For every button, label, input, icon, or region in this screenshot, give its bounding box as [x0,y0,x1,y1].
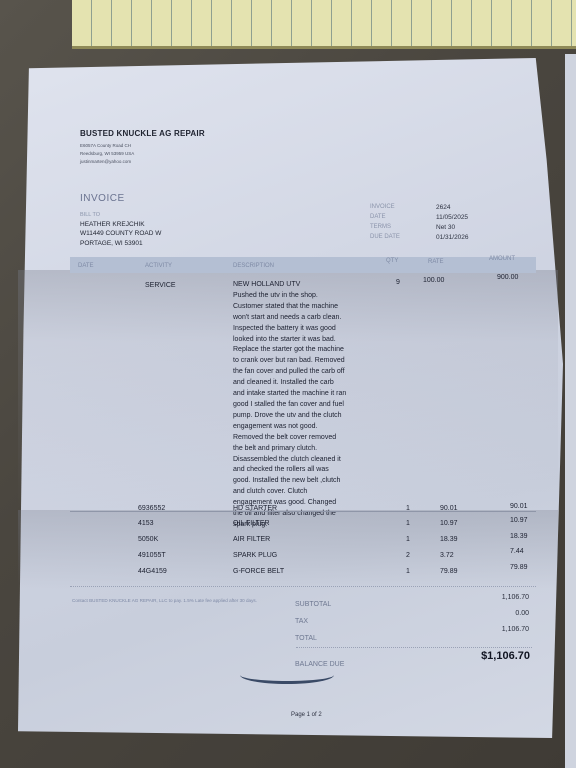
column-header-activity: ACTIVITY [145,263,172,269]
payment-note: Contact BUSTED KNUCKLE AG REPAIR, LLC to… [72,598,272,605]
part-amount: 18.39 [510,533,528,540]
invoice-number-label: INVOICE [370,204,395,210]
column-header-amount: AMOUNT [489,256,515,262]
column-header-description: DESCRIPTION [233,263,274,269]
part-qty: 2 [406,552,410,559]
company-address-line2: Reedsburg, WI 53959 USA [80,151,134,156]
part-rate: 3.72 [440,552,454,559]
part-number: 4153 [138,520,154,527]
tax-value: 0.00 [449,610,529,617]
part-description: G-FORCE BELT [233,568,284,575]
terms-label: TERMS [370,224,391,230]
part-amount: 10.97 [510,517,528,524]
company-address-line1: E6057A County Road CH [80,143,131,148]
part-qty: 1 [406,568,410,575]
table-header-band [70,257,536,273]
invoice-number: 2624 [436,204,450,211]
part-qty: 1 [406,520,410,527]
part-rate: 79.89 [440,568,458,575]
column-header-date: DATE [78,263,94,269]
total-label: TOTAL [295,635,317,642]
column-header-rate: RATE [428,259,444,265]
bill-to-name: HEATHER KREJCHIK [80,221,145,228]
column-header-qty: QTY [386,258,398,264]
part-number: 5050K [138,536,158,543]
tax-label: TAX [295,618,308,625]
balance-divider [296,647,532,648]
service-rate: 100.00 [423,277,444,284]
bill-to-label: BILL TO [80,212,100,218]
part-rate: 18.39 [440,536,458,543]
part-number: 44G4159 [138,568,167,575]
part-number: 491055T [138,552,166,559]
part-rate: 10.97 [440,520,458,527]
part-description: OIL FILTER [233,520,270,527]
totals-divider [70,586,536,587]
total-value: 1,106.70 [449,626,529,633]
part-amount: 7.44 [510,548,524,555]
due-date-label: DUE DATE [370,234,400,240]
page-number: Page 1 of 2 [291,712,322,718]
part-description: SPARK PLUG [233,552,277,559]
bill-to-address-line1: W11449 COUNTY ROAD W [80,230,161,237]
service-description: NEW HOLLAND UTV Pushed the utv in the sh… [233,280,383,531]
terms-value: Net 30 [436,224,455,231]
part-amount: 90.01 [510,503,528,510]
bill-to-address-line2: PORTAGE, WI 53901 [80,240,143,247]
subtotal-label: SUBTOTAL [295,601,331,608]
invoice-date: 11/05/2025 [436,214,468,221]
due-date: 01/31/2026 [436,234,469,241]
background-paper-edge [565,54,576,768]
invoice-date-label: DATE [370,214,386,220]
service-activity: SERVICE [145,282,176,289]
document-title: INVOICE [80,193,125,204]
part-amount: 79.89 [510,564,528,571]
company-name: BUSTED KNUCKLE AG REPAIR [80,129,205,138]
part-qty: 1 [406,536,410,543]
company-email: justinmarten@yahoo.com [80,159,131,164]
balance-due-value: $1,106.70 [410,650,530,662]
legal-pad-background [72,0,576,49]
service-amount: 900.00 [497,274,518,281]
service-qty: 9 [396,279,400,286]
balance-due-label: BALANCE DUE [295,661,344,668]
subtotal-value: 1,106.70 [449,594,529,601]
fold-edge [70,511,536,512]
part-description: AIR FILTER [233,536,270,543]
